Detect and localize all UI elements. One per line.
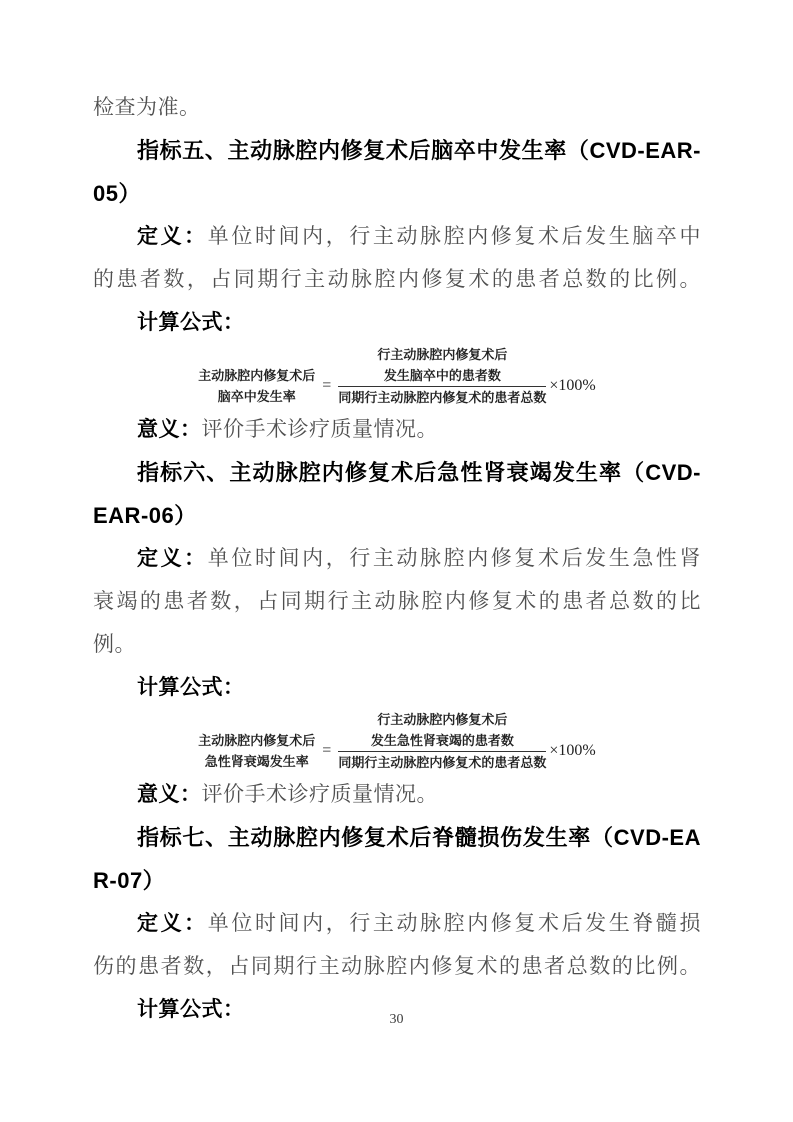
indicator-6-definition-line2: 衰竭的患者数，占同期行主动脉腔内修复术的患者总数的比 bbox=[93, 580, 701, 623]
meaning-text: 评价手术诊疗质量情况。 bbox=[202, 782, 439, 806]
definition-label: 定义： bbox=[137, 912, 208, 935]
formula-multiplier: ×100% bbox=[546, 740, 595, 762]
formula-numerator-line1: 行主动脉腔内修复术后 bbox=[342, 709, 542, 730]
indicator-6-definition-line1: 定义：单位时间内，行主动脉腔内修复术后发生急性肾 bbox=[93, 537, 701, 580]
formula-numerator-line2: 发生脑卒中的患者数 bbox=[342, 365, 542, 386]
formula-lhs: 主动脉腔内修复术后 急性肾衰竭发生率 bbox=[198, 730, 315, 772]
formula-lhs-line1: 主动脉腔内修复术后 bbox=[198, 730, 315, 751]
indicator-7-definition-line1: 定义：单位时间内，行主动脉腔内修复术后发生脊髓损 bbox=[93, 902, 701, 945]
indicator-7-definition-line2: 伤的患者数，占同期行主动脉腔内修复术的患者总数的比例。 bbox=[93, 945, 701, 988]
formula-numerator-line2: 发生急性肾衰竭的患者数 bbox=[342, 730, 542, 751]
indicator-6-heading-line2: EAR-06） bbox=[93, 494, 701, 537]
indicator-7-heading-line2: R-07） bbox=[93, 859, 701, 902]
indicator-5-meaning: 意义：评价手术诊疗质量情况。 bbox=[93, 408, 701, 451]
definition-text: 单位时间内，行主动脉腔内修复术后发生脑卒中 bbox=[208, 224, 701, 248]
formula-numerator: 行主动脉腔内修复术后 发生急性肾衰竭的患者数 bbox=[338, 709, 546, 752]
definition-text: 单位时间内，行主动脉腔内修复术后发生急性肾 bbox=[208, 546, 701, 570]
formula-lhs-line2: 脑卒中发生率 bbox=[198, 386, 315, 407]
indicator-5-definition-line1: 定义：单位时间内，行主动脉腔内修复术后发生脑卒中 bbox=[93, 215, 701, 258]
formula-numerator: 行主动脉腔内修复术后 发生脑卒中的患者数 bbox=[338, 344, 546, 387]
indicator-5-heading-line2: 05） bbox=[93, 172, 701, 215]
indicator-5-heading-line1: 指标五、主动脉腔内修复术后脑卒中发生率（CVD-EAR- bbox=[93, 129, 701, 172]
formula-lhs: 主动脉腔内修复术后 脑卒中发生率 bbox=[198, 365, 315, 407]
equals-sign: = bbox=[315, 375, 338, 397]
meaning-text: 评价手术诊疗质量情况。 bbox=[202, 417, 439, 441]
formula-multiplier: ×100% bbox=[546, 375, 595, 397]
formula-denominator: 同期行主动脉腔内修复术的患者总数 bbox=[338, 752, 546, 773]
definition-label: 定义： bbox=[137, 225, 208, 248]
definition-text: 单位时间内，行主动脉腔内修复术后发生脊髓损 bbox=[208, 911, 701, 935]
formula-lhs-line2: 急性肾衰竭发生率 bbox=[198, 751, 315, 772]
intro-line: 检查为准。 bbox=[93, 86, 701, 129]
formula-fraction: 行主动脉腔内修复术后 发生急性肾衰竭的患者数 同期行主动脉腔内修复术的患者总数 bbox=[338, 709, 546, 773]
document-page: 检查为准。 指标五、主动脉腔内修复术后脑卒中发生率（CVD-EAR- 05） 定… bbox=[0, 0, 793, 1122]
page-number: 30 bbox=[0, 1012, 793, 1028]
indicator-6-definition-line3: 例。 bbox=[93, 623, 701, 666]
indicator-6-formula: 主动脉腔内修复术后 急性肾衰竭发生率 = 行主动脉腔内修复术后 发生急性肾衰竭的… bbox=[93, 709, 701, 773]
meaning-label: 意义： bbox=[137, 783, 202, 806]
indicator-7-heading-line1: 指标七、主动脉腔内修复术后脊髓损伤发生率（CVD-EA bbox=[93, 816, 701, 859]
formula-lhs-line1: 主动脉腔内修复术后 bbox=[198, 365, 315, 386]
formula-denominator: 同期行主动脉腔内修复术的患者总数 bbox=[338, 387, 546, 408]
meaning-label: 意义： bbox=[137, 418, 202, 441]
indicator-5-definition-line2: 的患者数，占同期行主动脉腔内修复术的患者总数的比例。 bbox=[93, 258, 701, 301]
formula-numerator-line1: 行主动脉腔内修复术后 bbox=[342, 344, 542, 365]
formula-fraction: 行主动脉腔内修复术后 发生脑卒中的患者数 同期行主动脉腔内修复术的患者总数 bbox=[338, 344, 546, 408]
indicator-5-formula-label: 计算公式： bbox=[93, 301, 701, 344]
indicator-6-formula-label: 计算公式： bbox=[93, 666, 701, 709]
document-body: 检查为准。 指标五、主动脉腔内修复术后脑卒中发生率（CVD-EAR- 05） 定… bbox=[93, 86, 701, 1031]
definition-label: 定义： bbox=[137, 547, 208, 570]
indicator-6-meaning: 意义：评价手术诊疗质量情况。 bbox=[93, 773, 701, 816]
indicator-5-formula: 主动脉腔内修复术后 脑卒中发生率 = 行主动脉腔内修复术后 发生脑卒中的患者数 … bbox=[93, 344, 701, 408]
indicator-6-heading-line1: 指标六、主动脉腔内修复术后急性肾衰竭发生率（CVD- bbox=[93, 451, 701, 494]
equals-sign: = bbox=[315, 740, 338, 762]
